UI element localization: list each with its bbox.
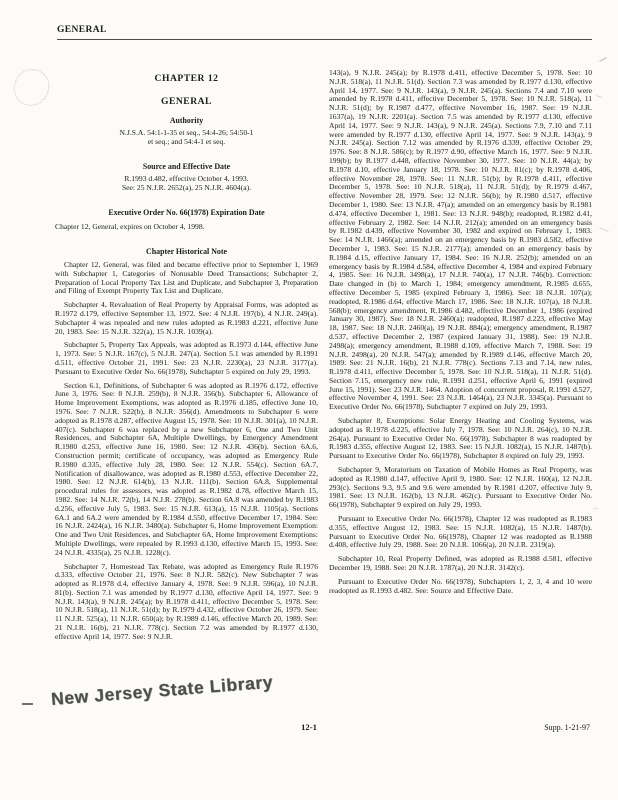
historical-note-paragraph-continuation: 143(a), 9 N.J.R. 245(a); by R.1978 d.411… [329,69,592,412]
scan-stain-mark [10,65,53,109]
source-effective-date-heading: Source and Effective Date [55,162,318,171]
chapter-title: CHAPTER 12 [55,73,318,84]
running-header: GENERAL [57,25,107,35]
historical-note-paragraph: Subchapter 5, Property Tax Appeals, was … [55,341,318,376]
content-columns: CHAPTER 12 GENERAL Authority N.J.S.A. 54… [55,62,592,642]
margin-dash-mark [22,703,33,705]
authority-citation-line: et seq.; and 54:4-1 et seq. [55,137,318,146]
authority-heading: Authority [55,116,318,125]
source-line: See: 25 N.J.R. 2652(a), 25 N.J.R. 4604(a… [55,183,318,192]
right-column: 143(a), 9 N.J.R. 245(a); by R.1978 d.411… [329,62,592,642]
historical-note-paragraph: Subchapter 9, Moratorium on Taxation of … [329,466,592,510]
historical-note-paragraph: Pursuant to Executive Order No. 66(1978)… [329,515,592,550]
expiration-date-text: Chapter 12, General, expires on October … [55,222,318,231]
left-column: CHAPTER 12 GENERAL Authority N.J.S.A. 54… [55,62,318,642]
expiration-date-heading: Executive Order No. 66(1978) Expiration … [55,208,318,217]
pencil-mark [593,507,598,509]
authority-citation-line: N.J.S.A. 54:1-1-35 et seq., 54:4-26; 54:… [55,128,318,137]
chapter-historical-note-heading: Chapter Historical Note [55,247,318,256]
authority-citation: N.J.S.A. 54:1-1-35 et seq., 54:4-26; 54:… [55,128,318,146]
chapter-subtitle: GENERAL [55,96,318,107]
historical-note-paragraph: Subchapter 7, Homestead Tax Rebate, was … [55,563,318,642]
historical-note-paragraph: Subchapter 4, Revaluation of Real Proper… [55,301,318,336]
historical-note-paragraph: Pursuant to Executive Order No. 66(1978)… [329,578,592,596]
pencil-mark [599,57,607,62]
pencil-mark [596,95,602,98]
header-rule [57,39,592,40]
library-stamp: New Jersey State Library [50,672,274,710]
scanned-document-page: GENERAL CHAPTER 12 GENERAL Authority N.J… [0,0,618,800]
pencil-mark [599,227,609,232]
historical-note-paragraph: Chapter 12, General, was filed and becam… [55,261,318,296]
page-number: 12-1 [0,722,618,732]
historical-note-paragraph: Section 6.1, Definitions, of Subchapter … [55,382,318,558]
source-effective-date-text: R.1993 d.482, effective October 4, 1993.… [55,174,318,192]
source-line: R.1993 d.482, effective October 4, 1993. [55,174,318,183]
historical-note-paragraph: Subchapter 10, Real Property Defined, wa… [329,555,592,573]
supplement-date: Supp. 1-21-97 [544,723,590,732]
running-header-title: GENERAL [57,25,107,35]
historical-note-paragraph: Subchapter 8, Exemptions: Solar Energy H… [329,417,592,461]
